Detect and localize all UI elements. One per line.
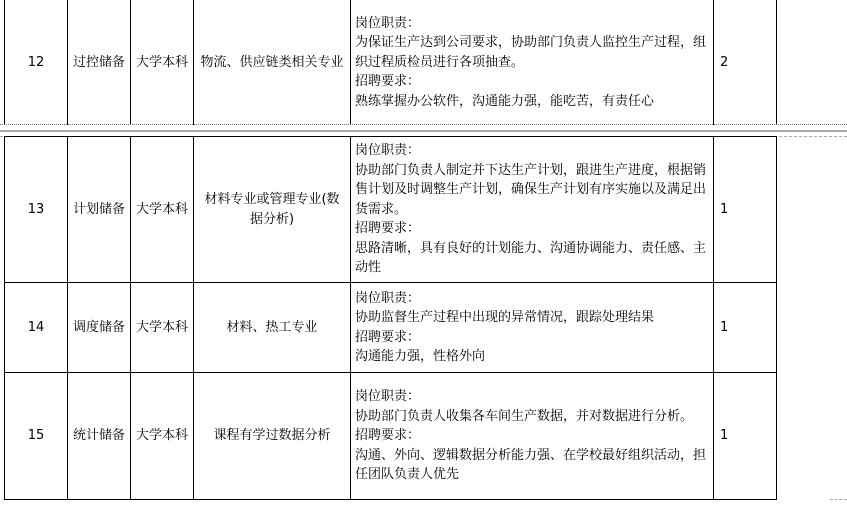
major-requirement: 课程有学过数据分析 [194,373,351,500]
recruitment-table-page-2: 13 计划储备 大学本科 材料专业或管理专业(数据分析) 岗位职责： 协助部门负… [4,136,777,500]
requirement-heading: 招聘要求： [355,219,709,239]
headcount: 1 [714,373,777,500]
row-number: 12 [5,0,68,125]
requirement-heading: 招聘要求： [355,72,709,92]
row-number: 14 [5,283,68,373]
job-description: 岗位职责： 协助监督生产过程中出现的异常情况，跟踪处理结果 招聘要求： 沟通能力… [351,283,714,373]
duty-heading: 岗位职责： [355,141,709,161]
table-row: 12 过控储备 大学本科 物流、供应链类相关专业 岗位职责： 为保证生产达到公司… [5,0,777,125]
headcount: 1 [714,283,777,373]
requirement-heading: 招聘要求： [355,328,709,348]
major-requirement: 物流、供应链类相关专业 [194,0,351,125]
position-name: 统计储备 [68,373,131,500]
duty-heading: 岗位职责： [355,387,709,407]
page-edge-dashed-line [830,499,847,500]
table-row: 15 统计储备 大学本科 课程有学过数据分析 岗位职责： 协助部门负责人收集各车… [5,373,777,500]
requirement-text: 熟练掌握办公软件，沟通能力强，能吃苦，有责任心 [355,92,709,112]
position-name: 计划储备 [68,137,131,283]
education-requirement: 大学本科 [131,137,194,283]
requirement-text: 沟通能力强，性格外向 [355,347,709,367]
education-requirement: 大学本科 [131,0,194,125]
duty-text: 协助部门负责人制定并下达生产计划，跟进生产进度，根据销售计划及时调整生产计划，确… [355,161,709,220]
duty-text: 为保证生产达到公司要求，协助部门负责人监控生产过程，组织过程质检员进行各项抽查。 [355,33,709,72]
duty-text: 协助部门负责人收集各车间生产数据，并对数据进行分析。 [355,407,709,427]
major-requirement: 材料专业或管理专业(数据分析) [194,137,351,283]
table-row: 14 调度储备 大学本科 材料、热工专业 岗位职责： 协助监督生产过程中出现的异… [5,283,777,373]
education-requirement: 大学本科 [131,283,194,373]
page-break-dotted-line [0,124,847,125]
duty-heading: 岗位职责： [355,14,709,34]
major-requirement: 材料、热工专业 [194,283,351,373]
job-description: 岗位职责： 协助部门负责人制定并下达生产计划，跟进生产进度，根据销售计划及时调整… [351,137,714,283]
row-number: 15 [5,373,68,500]
job-description: 岗位职责： 协助部门负责人收集各车间生产数据，并对数据进行分析。 招聘要求： 沟… [351,373,714,500]
position-name: 调度储备 [68,283,131,373]
requirement-text: 沟通、外向、逻辑数据分析能力强、在学校最好组织活动，担任团队负责人优先 [355,446,709,485]
headcount: 1 [714,137,777,283]
job-description: 岗位职责： 为保证生产达到公司要求，协助部门负责人监控生产过程，组织过程质检员进… [351,0,714,125]
table-row: 13 计划储备 大学本科 材料专业或管理专业(数据分析) 岗位职责： 协助部门负… [5,137,777,283]
headcount: 2 [714,0,777,125]
position-name: 过控储备 [68,0,131,125]
page-break-line [0,130,847,132]
recruitment-table-page-1: 12 过控储备 大学本科 物流、供应链类相关专业 岗位职责： 为保证生产达到公司… [4,0,777,125]
requirement-text: 思路清晰，具有良好的计划能力、沟通协调能力、责任感、主动性 [355,239,709,278]
duty-text: 协助监督生产过程中出现的异常情况，跟踪处理结果 [355,308,709,328]
requirement-heading: 招聘要求： [355,426,709,446]
duty-heading: 岗位职责： [355,289,709,309]
education-requirement: 大学本科 [131,373,194,500]
row-number: 13 [5,137,68,283]
